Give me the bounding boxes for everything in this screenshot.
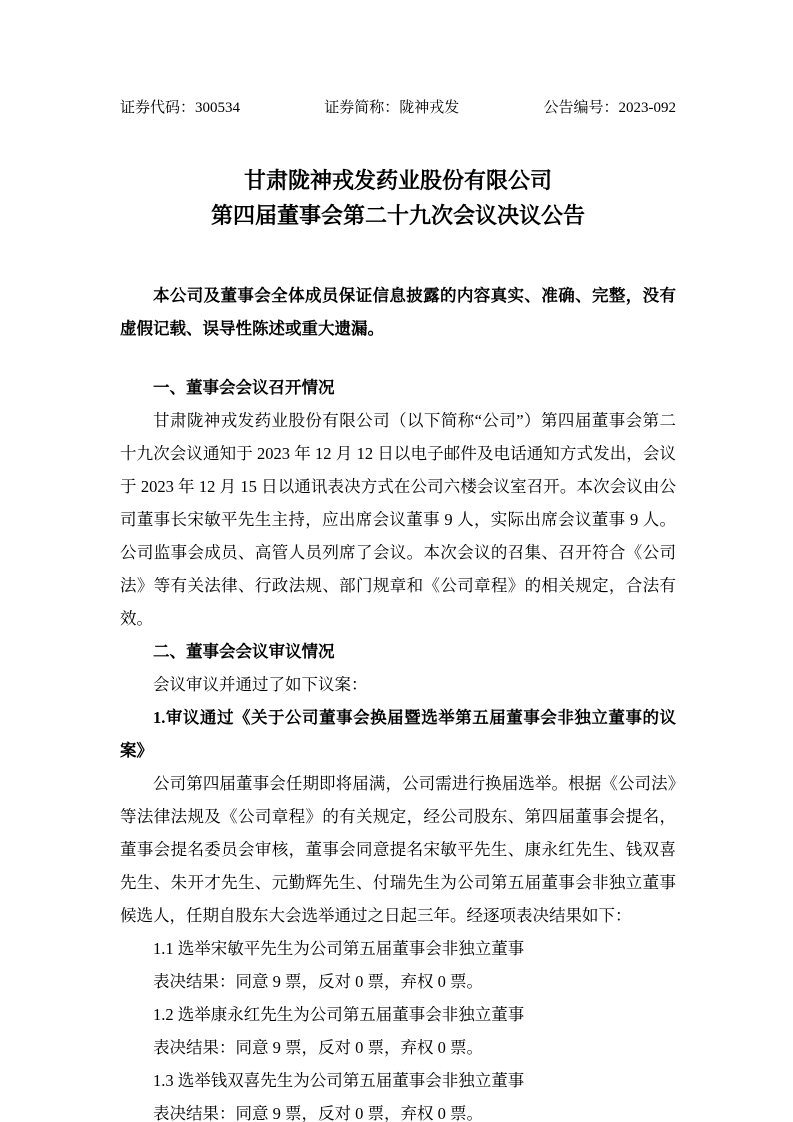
section2-intro: 会议审议并通过了如下议案： — [120, 668, 676, 701]
section2-heading: 二、董事会会议审议情况 — [120, 635, 676, 668]
company-name-title: 甘肃陇神戎发药业股份有限公司 — [120, 163, 676, 198]
vote-item-3-title: 1.3 选举钱双喜先生为公司第五届董事会非独立董事 — [120, 1064, 676, 1097]
item1-paragraph: 公司第四届董事会任期即将届满，公司需进行换届选举。根据《公司法》等法律法规及《公… — [120, 767, 676, 932]
truthfulness-declaration: 本公司及董事会全体成员保证信息披露的内容真实、准确、完整，没有虚假记载、误导性陈… — [120, 279, 676, 345]
section1-paragraph: 甘肃陇神戎发药业股份有限公司（以下简称“公司”）第四届董事会第二十九次会议通知于… — [120, 404, 676, 635]
stock-short-name-label: 证券简称：陇神戎发 — [324, 99, 459, 117]
document-header: 证券代码：300534 证券简称：陇神戎发 公告编号：2023-092 — [120, 0, 676, 117]
announcement-page: 证券代码：300534 证券简称：陇神戎发 公告编号：2023-092 甘肃陇神… — [0, 0, 793, 1122]
vote-item-2-title: 1.2 选举康永红先生为公司第五届董事会非独立董事 — [120, 998, 676, 1031]
section1-heading: 一、董事会会议召开情况 — [120, 371, 676, 404]
meeting-resolution-title: 第四届董事会第二十九次会议决议公告 — [120, 198, 676, 233]
document-title: 甘肃陇神戎发药业股份有限公司 第四届董事会第二十九次会议决议公告 — [120, 163, 676, 233]
vote-item-1-title: 1.1 选举宋敏平先生为公司第五届董事会非独立董事 — [120, 932, 676, 965]
document-body: 一、董事会会议召开情况 甘肃陇神戎发药业股份有限公司（以下简称“公司”）第四届董… — [120, 371, 676, 1122]
vote-item-2-result: 表决结果：同意 9 票，反对 0 票，弃权 0 票。 — [120, 1031, 676, 1064]
vote-item-1-result: 表决结果：同意 9 票，反对 0 票，弃权 0 票。 — [120, 965, 676, 998]
item1-heading: 1.审议通过《关于公司董事会换届暨选举第五届董事会非独立董事的议案》 — [120, 701, 676, 767]
announcement-number-label: 公告编号：2023-092 — [544, 99, 677, 117]
vote-item-3-result: 表决结果：同意 9 票，反对 0 票，弃权 0 票。 — [120, 1097, 676, 1122]
stock-code-label: 证券代码：300534 — [120, 99, 240, 117]
